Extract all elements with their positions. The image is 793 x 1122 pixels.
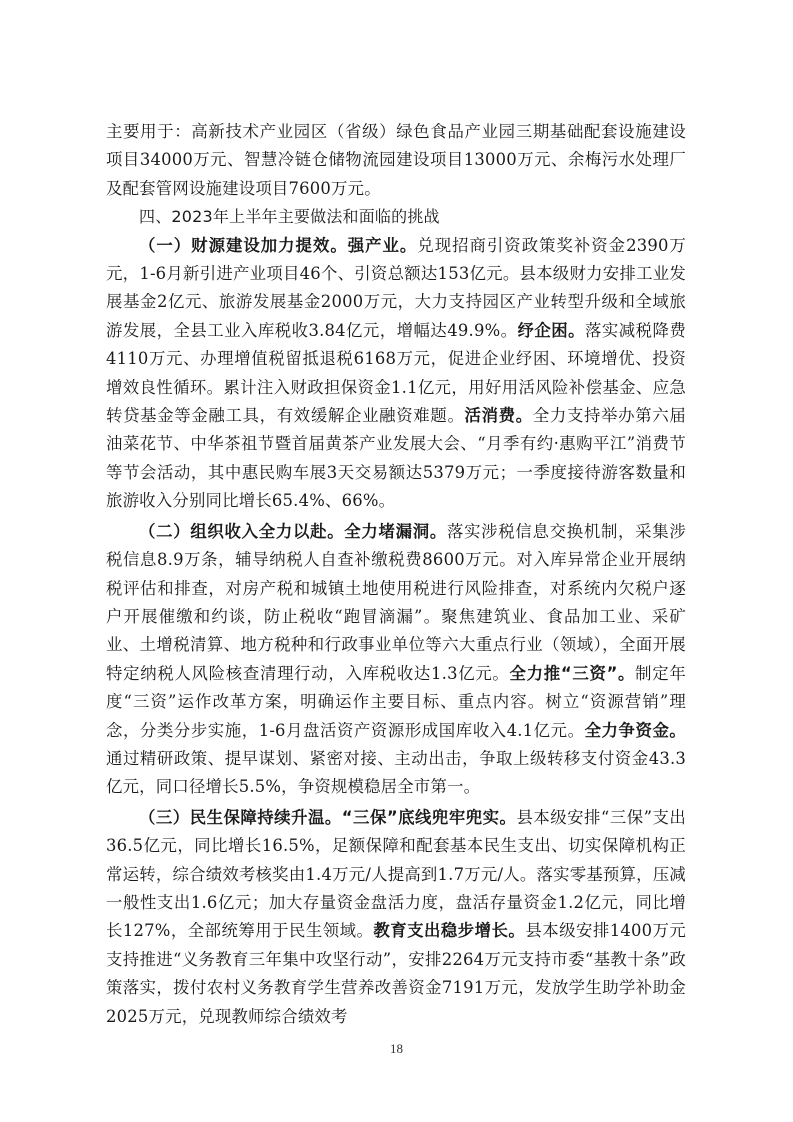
- section-heading: 四、2023年上半年主要做法和面临的挑战: [106, 203, 686, 231]
- bold-lead: 教育支出稳步增长。: [373, 921, 525, 940]
- paragraph-projects: 主要用于：高新技术产业园区（省级）绿色食品产业园三期基础配套设施建设项目3400…: [106, 118, 686, 203]
- text-segment: 通过精研政策、提早谋划、紧密对接、主动出击，争取上级转移支付资金43.3亿元，同…: [106, 749, 686, 796]
- bold-lead: （一）财源建设加力提效。强产业。: [139, 236, 417, 255]
- bold-lead: （三）民生保障持续升温。“三保”底线兜牢兜实。: [139, 808, 516, 827]
- bold-lead: 纾企困。: [518, 321, 586, 340]
- bold-lead: 活消费。: [465, 406, 533, 425]
- text-segment: 主要用于：高新技术产业园区（省级）绿色食品产业园三期基础配套设施建设项目3400…: [106, 122, 686, 198]
- paragraph-section-1: （一）财源建设加力提效。强产业。兑现招商引资政策奖补资金2390万元，1-6月新…: [106, 232, 686, 516]
- paragraph-section-2: （二）组织收入全力以赴。全力堵漏洞。落实涉税信息交换机制，采集涉税信息8.9万条…: [106, 518, 686, 802]
- bold-lead: 全力推“三资”。: [510, 664, 636, 683]
- paragraph-section-3: （三）民生保障持续升温。“三保”底线兜牢兜实。县本级安排“三保”支出36.5亿元…: [106, 804, 686, 1031]
- page-number: 18: [0, 1041, 793, 1057]
- bold-lead: （二）组织收入全力以赴。全力堵漏洞。: [139, 522, 447, 541]
- text-segment: 落实涉税信息交换机制，采集涉税信息8.9万条，辅导纳税人自查补缴税费8600万元…: [106, 522, 686, 683]
- bold-lead: 全力争资金。: [585, 721, 686, 740]
- document-page: 主要用于：高新技术产业园区（省级）绿色食品产业园三期基础配套设施建设项目3400…: [106, 118, 686, 1031]
